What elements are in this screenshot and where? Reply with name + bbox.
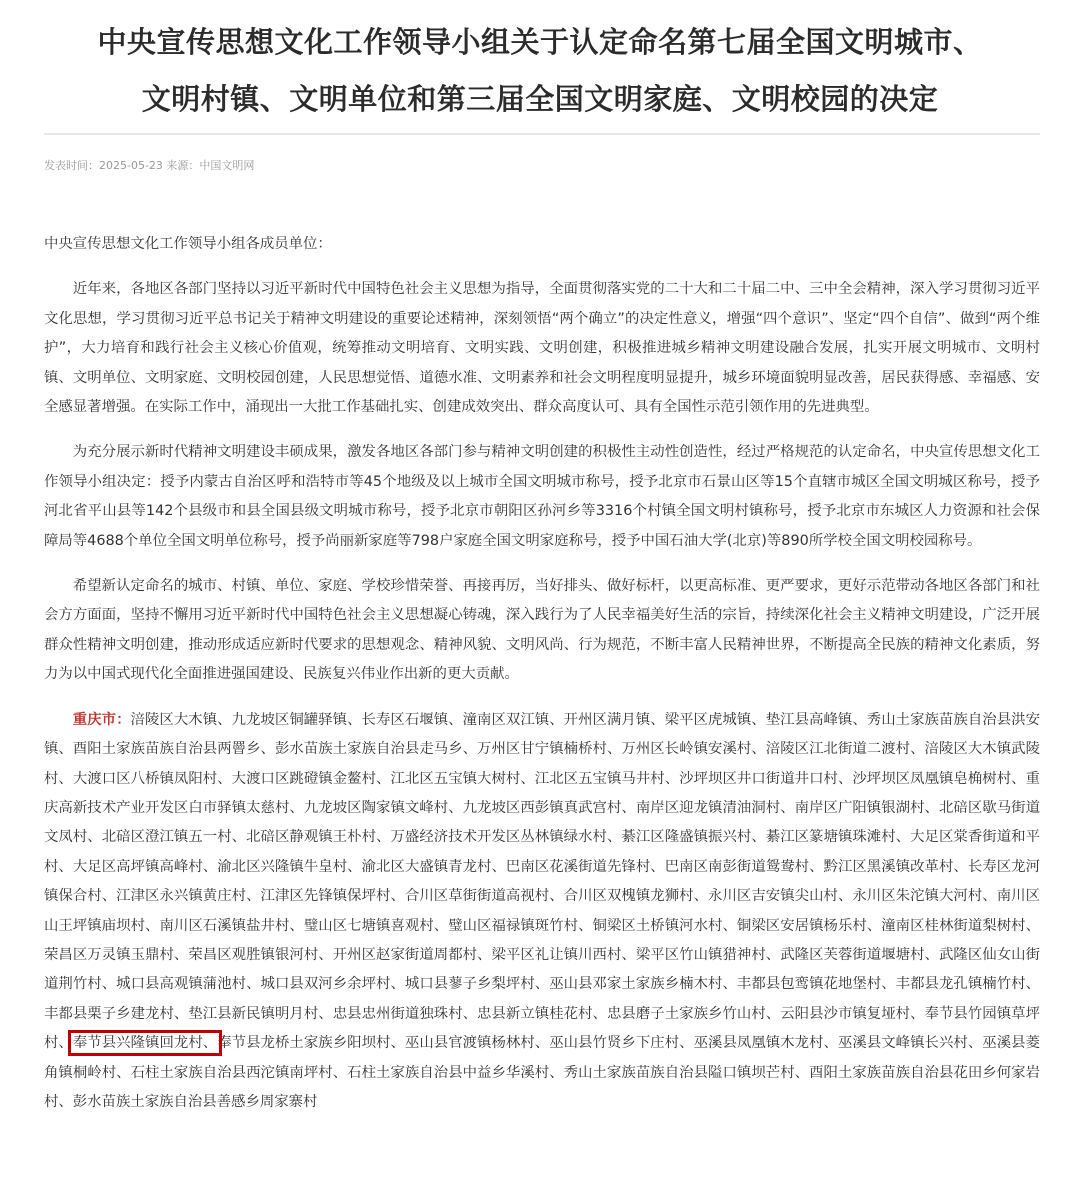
paragraph-2: 为充分展示新时代精神文明建设丰硕成果，激发各地区各部门参与精神文明创建的积极性主… [44,438,1040,556]
title-line-2: 文明村镇、文明单位和第三届全国文明家庭、文明校园的决定 [0,71,1080,128]
chongqing-list: 重庆市：涪陵区大木镇、九龙坡区铜罐驿镇、长寿区石堰镇、潼南区双江镇、开州区满月镇… [44,706,1040,1118]
paragraph-3: 希望新认定命名的城市、村镇、单位、家庭、学校珍惜荣誉、再接再厉，当好排头、做好标… [44,572,1040,690]
title-divider [44,133,1040,135]
article-meta: 发表时间：2025-05-23 来源：中国文明网 [44,157,254,173]
highlighted-village: 奉节县兴隆镇回龙村、 [73,1035,217,1051]
salutation: 中央宣传思想文化工作领导小组各成员单位： [44,230,1040,259]
title-line-1: 中央宣传思想文化工作领导小组关于认定命名第七届全国文明城市、 [0,14,1080,71]
province-label: 重庆市： [73,712,131,728]
paragraph-1: 近年来，各地区各部门坚持以习近平新时代中国特色社会主义思想为指导，全面贯彻落实党… [44,275,1040,422]
article-body: 中央宣传思想文化工作领导小组各成员单位： 近年来，各地区各部门坚持以习近平新时代… [44,230,1040,1133]
article-title: 中央宣传思想文化工作领导小组关于认定命名第七届全国文明城市、 文明村镇、文明单位… [0,14,1080,128]
list-before-highlight: 涪陵区大木镇、九龙坡区铜罐驿镇、长寿区石堰镇、潼南区双江镇、开州区满月镇、梁平区… [44,712,1040,1051]
